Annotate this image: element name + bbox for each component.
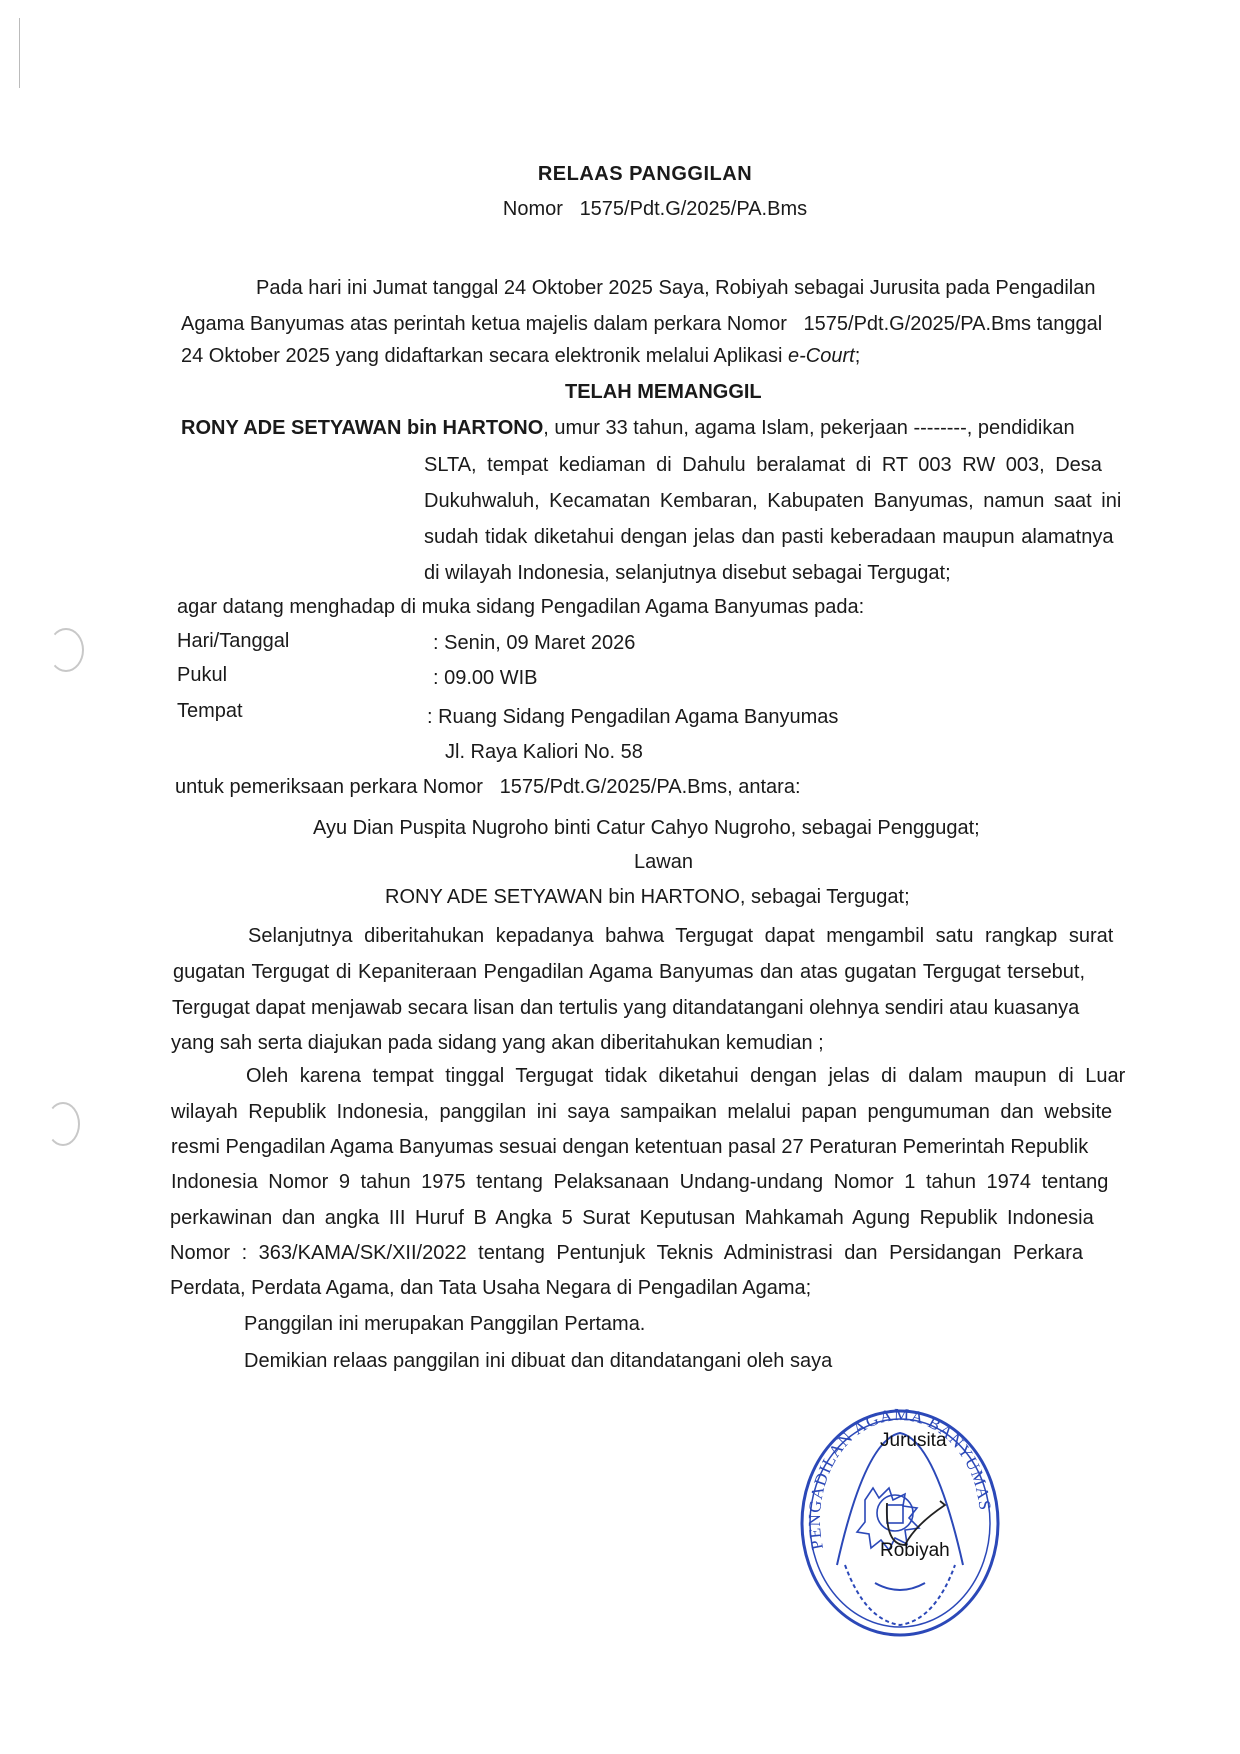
svg-text:PENGADILAN AGAMA BANYUMAS: PENGADILAN AGAMA BANYUMAS xyxy=(805,1405,995,1551)
schedule-place-value: : Ruang Sidang Pengadilan Agama Banyumas xyxy=(427,706,838,729)
para2-line-2: wilayah Republik Indonesia, panggilan in… xyxy=(171,1101,1112,1124)
para2-line-5: perkawinan dan angka III Huruf B Angka 5… xyxy=(170,1207,1094,1230)
defendant-line-2: SLTA, tempat kediaman di Dahulu beralama… xyxy=(424,454,1102,477)
schedule-day-label: Hari/Tanggal xyxy=(177,630,289,653)
para1-line-4: yang sah serta diajukan pada sidang yang… xyxy=(171,1032,824,1055)
summoned-heading: TELAH MEMANGGIL xyxy=(565,381,762,404)
schedule-place-address: Jl. Raya Kaliori No. 58 xyxy=(445,741,643,764)
schedule-time-label: Pukul xyxy=(177,664,227,687)
defendant-line-4: sudah tidak diketahui dengan jelas dan p… xyxy=(424,526,1114,549)
closing-statement: Demikian relaas panggilan ini dibuat dan… xyxy=(244,1350,832,1373)
document-title: RELAAS PANGGILAN xyxy=(0,163,1240,186)
intro-text: Pada hari ini Jumat tanggal 24 Oktober 2… xyxy=(256,276,1095,300)
para2-line-4: Indonesia Nomor 9 tahun 1975 tentang Pel… xyxy=(171,1171,1108,1194)
para2-line-3: resmi Pengadilan Agama Banyumas sesuai d… xyxy=(171,1136,1088,1159)
punch-hole-mark xyxy=(48,628,84,672)
defendant-details: , umur 33 tahun, agama Islam, pekerjaan … xyxy=(543,417,1074,439)
punctuation: ; xyxy=(855,345,861,367)
intro-line-3: 24 Oktober 2025 yang didaftarkan secara … xyxy=(181,345,860,368)
para1-line-1: Selanjutnya diberitahukan kepadanya bahw… xyxy=(248,925,1113,948)
number-value: 1575/Pdt.G/2025/PA.Bms xyxy=(580,198,808,220)
defendant-line-1: RONY ADE SETYAWAN bin HARTONO, umur 33 t… xyxy=(181,417,1163,440)
scan-edge-mark xyxy=(19,18,20,88)
versus: Lawan xyxy=(634,851,693,874)
intro-text: 24 Oktober 2025 yang didaftarkan secara … xyxy=(181,345,788,367)
intro-line-2: Agama Banyumas atas perintah ketua majel… xyxy=(181,312,1163,336)
first-summons-note: Panggilan ini merupakan Panggilan Pertam… xyxy=(244,1313,645,1336)
signature-role: Jurusita xyxy=(880,1430,947,1452)
signature-name: Robiyah xyxy=(880,1540,950,1562)
para2-line-6: Nomor : 363/KAMA/SK/XII/2022 tentang Pen… xyxy=(170,1242,1083,1265)
ecourt-term: e-Court xyxy=(788,345,855,367)
para2-line-1: Oleh karena tempat tinggal Tergugat tida… xyxy=(246,1065,1125,1088)
punch-hole-mark xyxy=(46,1102,80,1146)
number-label: Nomor xyxy=(503,198,563,220)
court-stamp: PENGADILAN AGAMA BANYUMAS Jurusita Robiy… xyxy=(795,1405,1005,1640)
para1-line-2: gugatan Tergugat di Kepaniteraan Pengadi… xyxy=(173,961,1085,984)
plaintiff: Ayu Dian Puspita Nugroho binti Catur Cah… xyxy=(313,817,980,840)
defendant-line-3: Dukuhwaluh, Kecamatan Kembaran, Kabupate… xyxy=(424,490,1121,513)
appear-instruction: agar datang menghadap di muka sidang Pen… xyxy=(177,596,864,619)
document-number: Nomor 1575/Pdt.G/2025/PA.Bms xyxy=(0,198,1240,221)
para1-line-3: Tergugat dapat menjawab secara lisan dan… xyxy=(172,997,1079,1020)
defendant-party: RONY ADE SETYAWAN bin HARTONO, sebagai T… xyxy=(385,886,910,909)
intro-text: Agama Banyumas atas perintah ketua majel… xyxy=(181,312,1102,336)
defendant-name: RONY ADE SETYAWAN bin HARTONO xyxy=(181,417,543,439)
defendant-line-5: di wilayah Indonesia, selanjutnya disebu… xyxy=(424,562,951,585)
intro-line-1: Pada hari ini Jumat tanggal 24 Oktober 2… xyxy=(256,276,1162,300)
schedule-time-value: : 09.00 WIB xyxy=(433,667,538,690)
schedule-day-value: : Senin, 09 Maret 2026 xyxy=(433,632,635,655)
schedule-place-label: Tempat xyxy=(177,700,243,723)
para2-line-7: Perdata, Perdata Agama, dan Tata Usaha N… xyxy=(170,1277,811,1300)
case-intro: untuk pemeriksaan perkara Nomor 1575/Pdt… xyxy=(175,776,801,799)
